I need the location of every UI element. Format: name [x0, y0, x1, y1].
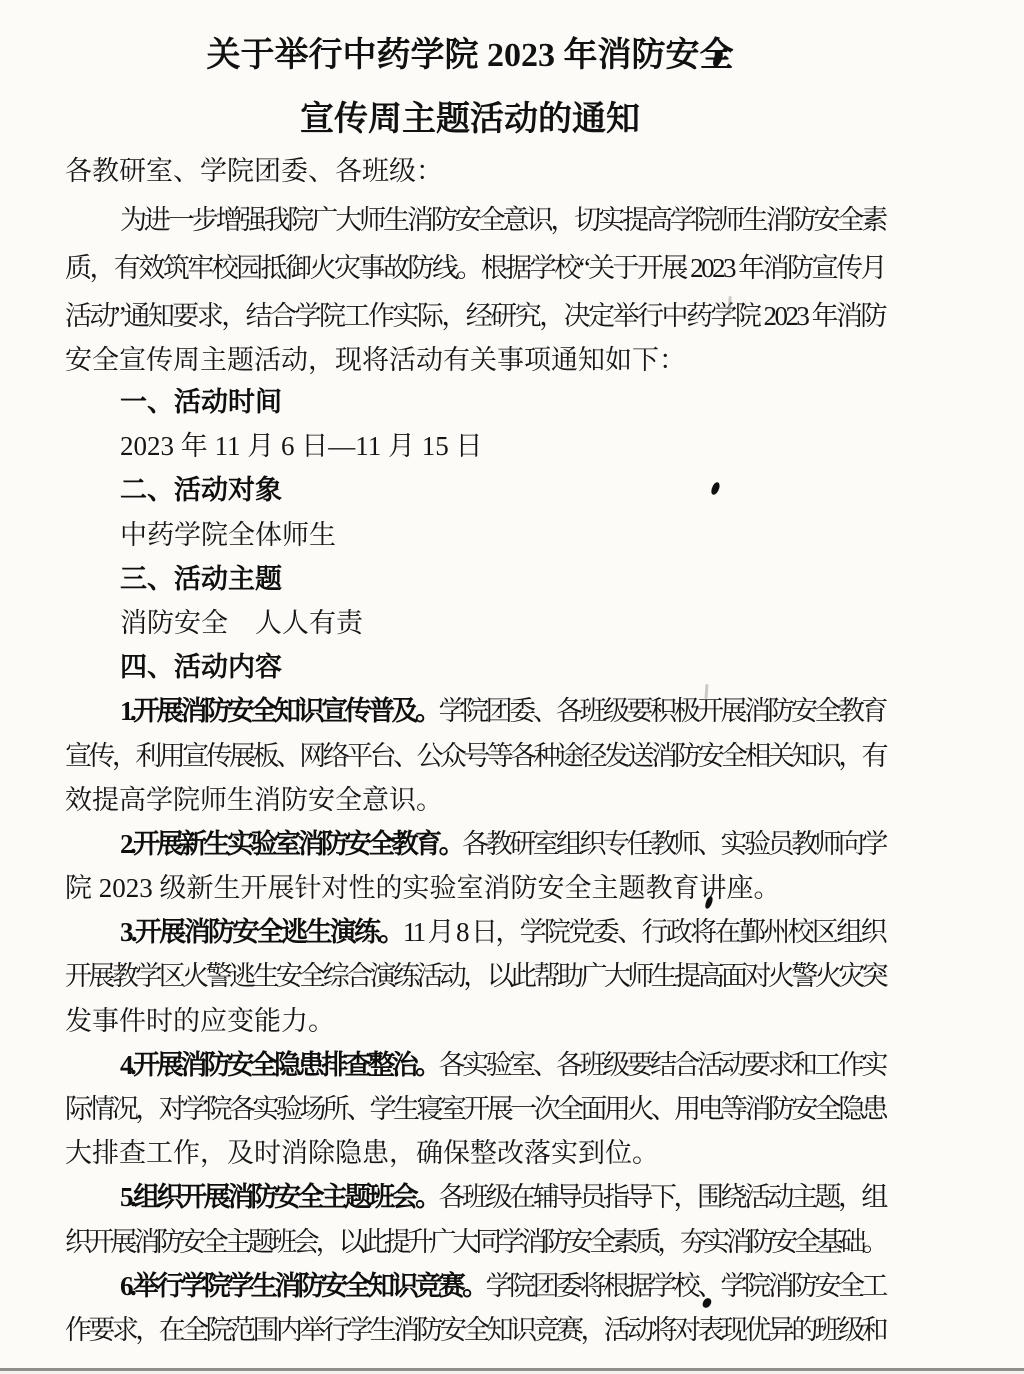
- doc-line-text: 安全宣传周主题活动，现将活动有关事项通知如下：: [65, 345, 686, 375]
- doc-line: 质，有效筑牢校园抵御火灾事故防线。根据学校“关于开展 2023 年消防宣传月: [65, 244, 885, 292]
- doc-line-text: 2.开展新生实验室消防安全教育。各教研室组织专任教师、实验员教师向学: [120, 829, 885, 859]
- doc-line: 织开展消防安全主题班会，以此提升广大同学消防安全素质，夯实消防安全基础。: [65, 1220, 885, 1264]
- doc-line: 活动”通知要求，结合学院工作实际，经研究，决定举行中药学院 2023 年消防: [65, 292, 885, 340]
- doc-line-text: 消防安全 人人有责: [120, 608, 363, 638]
- doc-line: 消防安全 人人有责: [65, 601, 885, 645]
- doc-line-text: 际情况，对学院各实验场所、学生寝室开展一次全面用火、用电等消防安全隐患: [65, 1094, 885, 1124]
- doc-line: 1.开展消防安全知识宣传普及。学院团委、各班级要积极开展消防安全教育: [65, 689, 885, 733]
- doc-line-bold-text: 5.组织开展消防安全主题班会。: [120, 1182, 439, 1212]
- doc-line: 6.举行学院学生消防安全知识竞赛。学院团委将根据学校、学院消防安全工: [65, 1264, 885, 1308]
- doc-line-text: 三、活动主题: [120, 564, 282, 594]
- doc-line-text: 5.组织开展消防安全主题班会。各班级在辅导员指导下，围绕活动主题，组: [120, 1182, 885, 1212]
- doc-line-text: 3.开展消防安全逃生演练。11 月 8 日，学院党委、行政将在鄞州校区组织: [120, 917, 885, 947]
- doc-line: 一、活动时间: [65, 380, 885, 424]
- doc-line: 各教研室、学院团委、各班级：: [65, 146, 885, 196]
- doc-line-text: 织开展消防安全主题班会，以此提升广大同学消防安全素质，夯实消防安全基础。: [65, 1227, 885, 1257]
- doc-line: 大排查工作，及时消除隐患，确保整改落实到位。: [65, 1131, 885, 1175]
- doc-line: 效提高学院师生消防安全意识。: [65, 778, 885, 822]
- doc-line-text: 2023 年 11 月 6 日—11 月 15 日: [120, 431, 483, 461]
- doc-line-text: 各教研室、学院团委、各班级：: [65, 156, 443, 186]
- doc-line: 2.开展新生实验室消防安全教育。各教研室组织专任教师、实验员教师向学: [65, 822, 885, 866]
- doc-line-bold-text: 三、活动主题: [120, 564, 282, 594]
- doc-line-bold-text: 6.举行学院学生消防安全知识竞赛。: [120, 1271, 486, 1301]
- doc-line: 开展教学区火警逃生安全综合演练活动，以此帮助广大师生提高面对火警火灾突: [65, 954, 885, 998]
- doc-line: 院 2023 级新生开展针对性的实验室消防安全主题教育讲座。: [65, 866, 885, 910]
- doc-line: 际情况，对学院各实验场所、学生寝室开展一次全面用火、用电等消防安全隐患: [65, 1087, 885, 1131]
- doc-line: 二、活动对象: [65, 468, 885, 512]
- doc-line: 安全宣传周主题活动，现将活动有关事项通知如下：: [65, 340, 885, 380]
- scanned-document-page: 关于举行中药学院 2023 年消防安全 宣传周主题活动的通知 各教研室、学院团委…: [0, 0, 1024, 1374]
- doc-line-bold-text: 1.开展消防安全知识宣传普及。: [120, 696, 439, 726]
- document-title: 关于举行中药学院 2023 年消防安全 宣传周主题活动的通知: [0, 24, 940, 152]
- doc-line-bold-text: 2.开展新生实验室消防安全教育。: [120, 829, 462, 859]
- doc-line-text: 作要求，在全院范围内举行学生消防安全知识竞赛，活动将对表现优异的班级和: [65, 1315, 885, 1345]
- doc-line-text: 为进一步增强我院广大师生消防安全意识，切实提高学院师生消防安全素: [120, 205, 885, 235]
- doc-line-text: 院 2023 级新生开展针对性的实验室消防安全主题教育讲座。: [65, 873, 781, 903]
- doc-line: 三、活动主题: [65, 557, 885, 601]
- doc-line-text: 活动”通知要求，结合学院工作实际，经研究，决定举行中药学院 2023 年消防: [65, 301, 885, 331]
- doc-line-text: 一、活动时间: [120, 387, 282, 417]
- doc-line-bold-text: 3.开展消防安全逃生演练。: [120, 917, 403, 947]
- document-body: 各教研室、学院团委、各班级：为进一步增强我院广大师生消防安全意识，切实提高学院师…: [65, 146, 885, 1352]
- doc-line-text: 质，有效筑牢校园抵御火灾事故防线。根据学校“关于开展 2023 年消防宣传月: [65, 253, 885, 283]
- doc-line-bold-text: 二、活动对象: [120, 475, 282, 505]
- doc-line-bold-text: 四、活动内容: [120, 652, 282, 682]
- title-line-1: 关于举行中药学院 2023 年消防安全: [0, 24, 940, 88]
- doc-line: 为进一步增强我院广大师生消防安全意识，切实提高学院师生消防安全素: [65, 196, 885, 244]
- doc-line-text: 发事件时的应变能力。: [65, 1006, 335, 1036]
- doc-line-text: 开展教学区火警逃生安全综合演练活动，以此帮助广大师生提高面对火警火灾突: [65, 961, 885, 991]
- doc-line: 中药学院全体师生: [65, 513, 885, 557]
- doc-line-text: 1.开展消防安全知识宣传普及。学院团委、各班级要积极开展消防安全教育: [120, 696, 885, 726]
- doc-line-text: 效提高学院师生消防安全意识。: [65, 785, 443, 815]
- doc-line: 发事件时的应变能力。: [65, 999, 885, 1043]
- doc-line: 四、活动内容: [65, 645, 885, 689]
- doc-line-bold-text: 4.开展消防安全隐患排查整治。: [120, 1050, 439, 1080]
- doc-line: 4.开展消防安全隐患排查整治。各实验室、各班级要结合活动要求和工作实: [65, 1043, 885, 1087]
- doc-line-text: 四、活动内容: [120, 652, 282, 682]
- doc-line-text: 中药学院全体师生: [120, 520, 336, 550]
- doc-line-text: 6.举行学院学生消防安全知识竞赛。学院团委将根据学校、学院消防安全工: [120, 1271, 885, 1301]
- doc-line-bold-text: 一、活动时间: [120, 387, 282, 417]
- doc-line: 作要求，在全院范围内举行学生消防安全知识竞赛，活动将对表现优异的班级和: [65, 1308, 885, 1352]
- doc-line-text: 二、活动对象: [120, 475, 282, 505]
- doc-line: 宣传，利用宣传展板、网络平台、公众号等各种途径发送消防安全相关知识，有: [65, 734, 885, 778]
- doc-line: 5.组织开展消防安全主题班会。各班级在辅导员指导下，围绕活动主题，组: [65, 1175, 885, 1219]
- title-line-2: 宣传周主题活动的通知: [0, 88, 940, 152]
- doc-line-text: 大排查工作，及时消除隐患，确保整改落实到位。: [65, 1138, 659, 1168]
- doc-line-text: 宣传，利用宣传展板、网络平台、公众号等各种途径发送消防安全相关知识，有: [65, 741, 885, 771]
- doc-line: 2023 年 11 月 6 日—11 月 15 日: [65, 424, 885, 468]
- doc-line: 3.开展消防安全逃生演练。11 月 8 日，学院党委、行政将在鄞州校区组织: [65, 910, 885, 954]
- doc-line-text: 4.开展消防安全隐患排查整治。各实验室、各班级要结合活动要求和工作实: [120, 1050, 885, 1080]
